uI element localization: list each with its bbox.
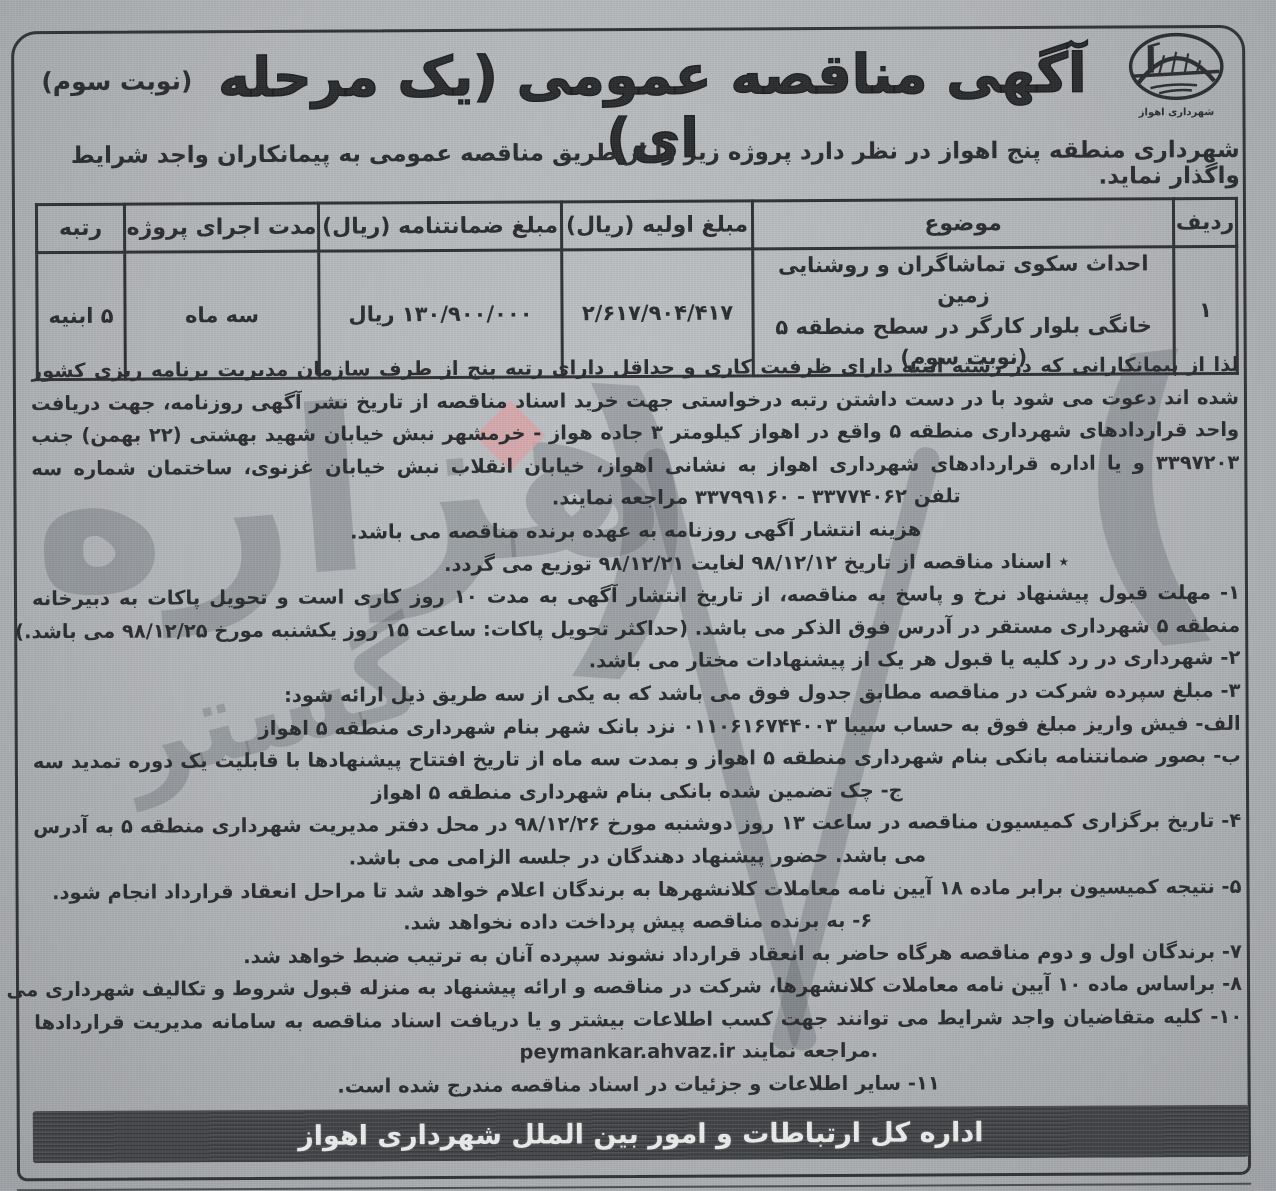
bottom-rule <box>17 1183 1251 1191</box>
body-line: ۴- تاریخ برگزاری کمیسیون مناقصه در ساعت … <box>33 805 1241 844</box>
footer-bar: اداره کل ارتباطات و امور بین الملل شهردا… <box>33 1105 1249 1163</box>
table-header-row: ردیف موضوع مبلغ اولیه (ریال) مبلغ ضمانتن… <box>36 198 1236 252</box>
col-header-row-number: ردیف <box>1173 198 1236 246</box>
col-header-initial-amount: مبلغ اولیه (ریال) <box>561 201 752 250</box>
body-line: ۱۱- سایر اطلاعات و جزئیات در اسناد مناقص… <box>34 1066 1242 1105</box>
body-line: ۵- نتیجه کمیسیون برابر ماده ۱۸ آیین نامه… <box>33 870 1241 909</box>
scanned-newspaper-page: { "notice": { "side_note": "(نوبت سوم)",… <box>0 0 1276 1191</box>
col-header-duration: مدت اجرای پروژه <box>124 203 318 252</box>
subject-line-1: احداث سکوی تماشاگران و روشنایی زمین <box>754 248 1172 312</box>
col-header-subject: موضوع <box>752 199 1173 249</box>
bridge-logo-icon <box>1121 31 1231 106</box>
col-header-guarantee-amount: مبلغ ضمانتنامه (ریال) <box>318 202 561 251</box>
body-lines: لذا از پیمانکارانی که در رشته ابنیه دارا… <box>31 349 1243 1105</box>
notice-subtitle: شهرداری منطقه پنج اهواز در نظر دارد پروژ… <box>34 137 1240 195</box>
col-header-grade: رتبه <box>36 204 124 252</box>
scan-tilt-wrapper: هزاره گستر ( ) (نوبت سوم) آگهی مناقصه عم… <box>0 0 1276 1191</box>
logo-caption: شهرداری اهواز <box>1121 107 1231 119</box>
municipality-logo: شهرداری اهواز <box>1121 31 1231 119</box>
edition-note: (نوبت سوم) <box>41 66 192 96</box>
body-line: ۳۳۹۷۲۰۳ و یا اداره قراردادهای شهرداری اه… <box>31 447 1239 486</box>
body-line: ۱۰- کلیه متقاضیان واجد شرایط می توانند ج… <box>34 1001 1242 1040</box>
body-line: ب- بصور ضمانتنامه بانکی بنام شهرداری منط… <box>33 740 1241 779</box>
